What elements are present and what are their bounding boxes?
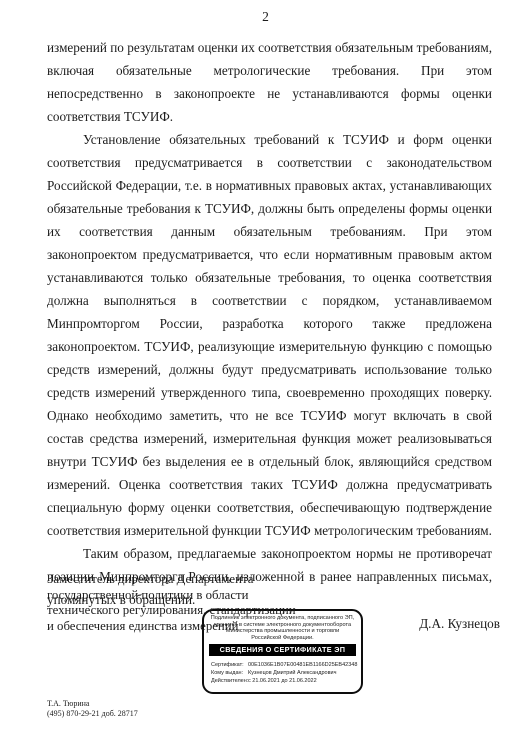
stamp-fields: Сертификат:00E1036E1B07E00481EB1166D25EB… bbox=[211, 661, 357, 685]
stamp-header-line: Российской Федерации. bbox=[204, 635, 361, 642]
document-body: измерений по результатам оценки их соотв… bbox=[47, 36, 492, 611]
signature-line: государственной политики в области bbox=[47, 588, 296, 604]
signature-line: Заместитель директора Департамента bbox=[47, 572, 296, 588]
stamp-field-label: Сертификат: bbox=[211, 661, 248, 669]
executor-name: Т.А. Тюрина bbox=[47, 699, 138, 709]
stamp-field-value: 00E1036E1B07E00481EB1166D25EB42348 bbox=[248, 662, 357, 668]
stamp-field-label: Кому выдан: bbox=[211, 669, 248, 677]
signee-name: Д.А. Кузнецов bbox=[419, 616, 500, 632]
executor-phone: (495) 870-29-21 доб. 28717 bbox=[47, 709, 138, 719]
document-page: 2 измерений по результатам оценки их соо… bbox=[0, 0, 531, 750]
stamp-field-value: с 21.06.2021 до 21.06.2022 bbox=[248, 678, 317, 684]
signature-block: Заместитель директора Департамента госуд… bbox=[47, 572, 296, 634]
signature-line: и обеспечения единства измерений bbox=[47, 619, 296, 635]
stamp-field-row: Сертификат:00E1036E1B07E00481EB1166D25EB… bbox=[211, 661, 357, 669]
stamp-field-label: Действителен: bbox=[211, 677, 248, 685]
signature-line: технического регулирования, стандартизац… bbox=[47, 603, 296, 619]
stamp-field-row: Действителен:с 21.06.2021 до 21.06.2022 bbox=[211, 677, 357, 685]
stamp-bar-title: СВЕДЕНИЯ О СЕРТИФИКАТЕ ЭП bbox=[209, 644, 356, 656]
stamp-field-row: Кому выдан:Кузнецов Дмитрий Александрови… bbox=[211, 669, 357, 677]
body-paragraph: Установление обязательных требований к Т… bbox=[47, 128, 492, 542]
executor-footer: Т.А. Тюрина (495) 870-29-21 доб. 28717 bbox=[47, 699, 138, 719]
page-number: 2 bbox=[0, 9, 531, 25]
body-paragraph: измерений по результатам оценки их соотв… bbox=[47, 36, 492, 128]
stamp-field-value: Кузнецов Дмитрий Александрович bbox=[248, 670, 336, 676]
